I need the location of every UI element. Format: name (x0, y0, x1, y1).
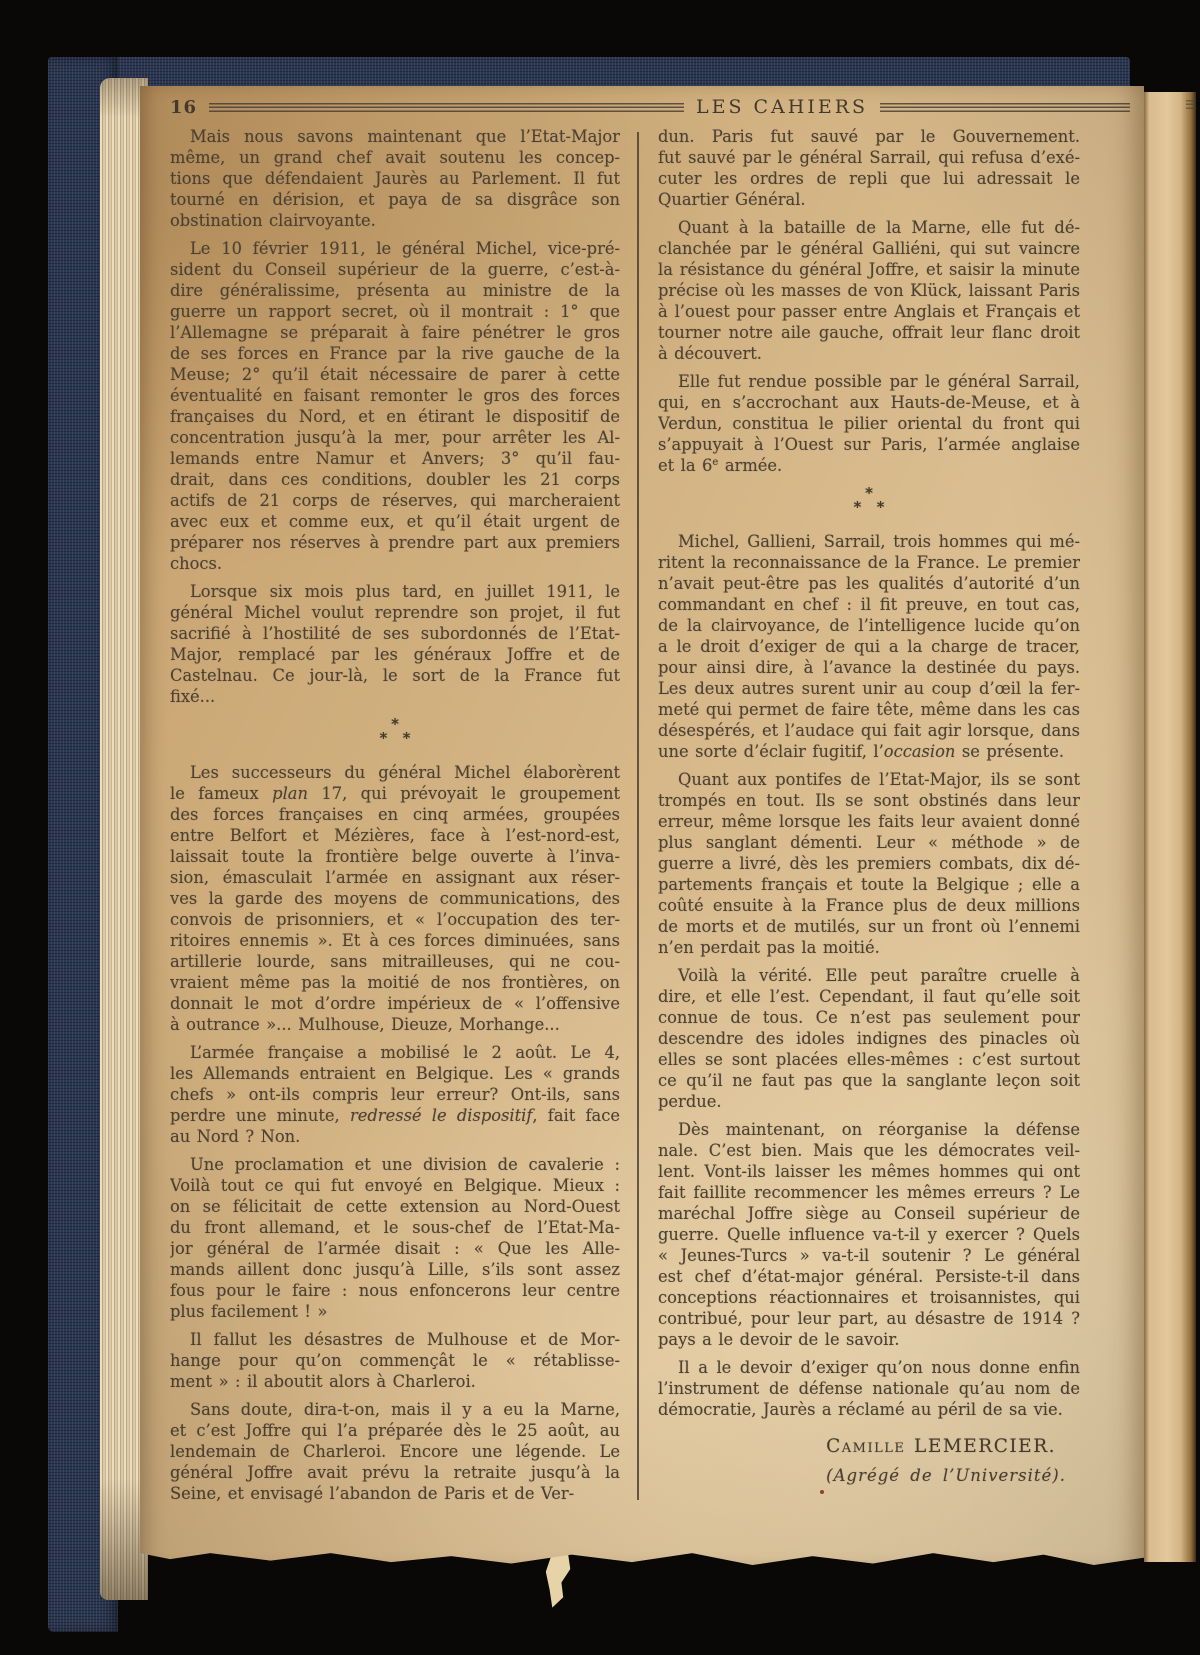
text-line: n’en perdait pas la moitié. (658, 937, 1080, 958)
text-line: la résistance du général Joffre, et sais… (658, 259, 1080, 280)
column-divider (637, 132, 639, 1500)
text-line: dun. Paris fut sauvé par le Gouvernement… (658, 126, 1080, 147)
text-line: une sorte d’éclair fugitif, l’occasion s… (658, 741, 1080, 762)
paragraph: Sans doute, dira-t-on, mais il y a eu la… (170, 1399, 620, 1504)
header-rule-left (209, 103, 684, 112)
paragraph: Les successeurs du général Michel élabor… (170, 762, 620, 1035)
text-line: fixé... (170, 686, 620, 707)
text-line: Lorsque six mois plus tard, en juillet 1… (170, 581, 620, 602)
text-line: du front allemand, et le sous-chef de l’… (170, 1217, 620, 1238)
page-number: 16 (170, 97, 197, 118)
text-line: l’instrument de défense nationale qu’au … (658, 1378, 1080, 1399)
text-line: dire, et elle l’est. Cependant, il faut … (658, 986, 1080, 1007)
paragraph: dun. Paris fut sauvé par le Gouvernement… (658, 126, 1080, 210)
text-line: Quartier Général. (658, 189, 1080, 210)
text-line: sacrifié à l’hostilité de ses subordonné… (170, 623, 620, 644)
paragraph: Elle fut rendue possible par le général … (658, 371, 1080, 476)
text-line: laissait toute la frontière belge ouvert… (170, 846, 620, 867)
text-line: contribué, pour leur part, au désastre d… (658, 1308, 1080, 1329)
text-line: sident du Conseil supérieur de la guerre… (170, 259, 620, 280)
text-line: et c’est Joffre qui l’a préparée dès le … (170, 1420, 620, 1441)
text-line: est chef d’état-major général. Persiste-… (658, 1266, 1080, 1287)
text-line: tourné en dérision, et paya de sa disgrâ… (170, 189, 620, 210)
text-line: Sans doute, dira-t-on, mais il y a eu la… (170, 1399, 620, 1420)
book-page: 16 LES CAHIERS Mais nous savons maintena… (140, 86, 1144, 1568)
text-line: nale. C’est bien. Mais que les démocrate… (658, 1140, 1080, 1161)
text-line: on se félicitait de cette extension au N… (170, 1196, 620, 1217)
text-line: obstination clairvoyante. (170, 210, 620, 231)
left-column: Mais nous savons maintenant que l’Etat-M… (170, 126, 620, 1511)
text-line: Quant aux pontifes de l’Etat-Major, ils … (658, 769, 1080, 790)
text-line: des forces françaises en cinq armées, gr… (170, 804, 620, 825)
text-line: Les deux autres surent unir au coup d’œi… (658, 678, 1080, 699)
text-line: lemands entre Namur et Anvers; 3° qu’il … (170, 448, 620, 469)
text-line: ves la garde des moyens de communication… (170, 888, 620, 909)
text-line: françaises du Nord, et en étirant le dis… (170, 406, 620, 427)
asterism-separator: ** * (658, 483, 1080, 527)
text-line: le fameux plan 17, qui prévoyait le grou… (170, 783, 620, 804)
text-line: de morts et de mutilés, sur un front où … (658, 916, 1080, 937)
text-line: guerre. Quelle influence va-t-il y exerc… (658, 1224, 1080, 1245)
text-line: guerre un rapport secret, où il montrait… (170, 301, 620, 322)
text-line: lent. Vont-ils laisser les mêmes hommes … (658, 1161, 1080, 1182)
text-line: même, un grand chef avait soutenu les co… (170, 147, 620, 168)
text-line: Michel, Gallieni, Sarrail, trois hommes … (658, 531, 1080, 552)
paragraph: Michel, Gallieni, Sarrail, trois hommes … (658, 531, 1080, 762)
text-line: donnait le mot d’ordre impérieux de « l’… (170, 993, 620, 1014)
text-line: Il fallut les désastres de Mulhouse et d… (170, 1329, 620, 1350)
paragraph: Quant à la bataille de la Marne, elle fu… (658, 217, 1080, 364)
text-line: ce qu’il ne faut pas que la sanglante le… (658, 1070, 1080, 1091)
right-column: dun. Paris fut sauvé par le Gouvernement… (658, 126, 1080, 1485)
text-line: Dès maintenant, on réorganise la défense… (658, 1119, 1080, 1140)
header-title: LES CAHIERS (696, 96, 868, 118)
text-line: « Jeunes-Turcs » va-t-il soutenir ? Le g… (658, 1245, 1080, 1266)
text-line: les Allemands entraient en Belgique. Les… (170, 1063, 620, 1084)
text-line: commandant en chef : il fit preuve, en t… (658, 594, 1080, 615)
text-line: fut sauvé par le général Sarrail, qui re… (658, 147, 1080, 168)
text-line: Le 10 février 1911, le général Michel, v… (170, 238, 620, 259)
text-line: Meuse; 2° qu’il était nécessaire de pare… (170, 364, 620, 385)
text-line: mands aillent donc jusqu’à Lille, s’ils … (170, 1259, 620, 1280)
text-line: tourner notre aile gauche, offrait leur … (658, 322, 1080, 343)
text-line: guerre a livré, dès les premiers combats… (658, 853, 1080, 874)
text-line: général Michel voulut reprendre son proj… (170, 602, 620, 623)
text-line: Seine, et envisagé l’abandon de Paris et… (170, 1483, 620, 1504)
text-line: conceptions réactionnaires et troisannis… (658, 1287, 1080, 1308)
text-line: connue de tous. Ce n’est pas seulement p… (658, 1007, 1080, 1028)
text-line: drait, dans ces conditions, doubler les … (170, 469, 620, 490)
text-line: erreur, même lorsque les faits leur avai… (658, 811, 1080, 832)
text-line: clanchée par le général Galliéni, qui su… (658, 238, 1080, 259)
text-line: chocs. (170, 553, 620, 574)
text-line: de la clairvoyance, de l’intelligence lu… (658, 615, 1080, 636)
asterism-separator: ** * (170, 714, 620, 758)
text-line: actifs de 21 corps de réserves, qui marc… (170, 490, 620, 511)
book-photo: { "page_header": { "number": "16", "titl… (0, 0, 1200, 1655)
text-line: jor général de l’armée disait : « Que le… (170, 1238, 620, 1259)
text-line: partements français et toute la Belgique… (658, 874, 1080, 895)
text-line: pour ainsi dire, à l’avance la destinée … (658, 657, 1080, 678)
text-line: Les successeurs du général Michel élabor… (170, 762, 620, 783)
text-line: Une proclamation et une division de cava… (170, 1154, 620, 1175)
text-line: Voilà tout ce qui fut envoyé en Belgique… (170, 1175, 620, 1196)
paragraph: Voilà la vérité. Elle peut paraître crue… (658, 965, 1080, 1112)
text-line: Voilà la vérité. Elle peut paraître crue… (658, 965, 1080, 986)
facing-page-header-rule (1186, 100, 1196, 109)
paragraph: Mais nous savons maintenant que l’Etat-M… (170, 126, 620, 231)
text-line: désespérés, et l’audace qui fait agir lo… (658, 720, 1080, 741)
text-line: à l’ouest pour passer entre Anglais et F… (658, 301, 1080, 322)
text-line: fous pour le faire : nous enfoncerons le… (170, 1280, 620, 1301)
text-line: L’armée française a mobilisé le 2 août. … (170, 1042, 620, 1063)
text-line: de ses forces en France par la rive gauc… (170, 343, 620, 364)
text-line: convois de prisonniers, et « l’occupatio… (170, 909, 620, 930)
text-line: maréchal Joffre siège au Conseil supérie… (658, 1203, 1080, 1224)
text-line: tions que défendaient Jaurès au Parlemen… (170, 168, 620, 189)
page-header: 16 LES CAHIERS (170, 96, 1130, 118)
right-column-blocks: dun. Paris fut sauvé par le Gouvernement… (658, 126, 1080, 1420)
paragraph: Il fallut les désastres de Mulhouse et d… (170, 1329, 620, 1392)
text-line: lendemain de Charleroi. Encore une légen… (170, 1441, 620, 1462)
text-line: éventualité en faisant remonter le gros … (170, 385, 620, 406)
text-line: sion, émasculait l’armée en assignant au… (170, 867, 620, 888)
text-line: ritent la reconnaissance de la France. L… (658, 552, 1080, 573)
text-line: a le droit d’exiger de qui a la charge d… (658, 636, 1080, 657)
text-line: Quant à la bataille de la Marne, elle fu… (658, 217, 1080, 238)
text-line: qui, en s’accrochant aux Hauts-de-Meuse,… (658, 392, 1080, 413)
text-line: Major, remplacé par les généraux Joffre … (170, 644, 620, 665)
text-line: pays a le devoir de le savoir. (658, 1329, 1080, 1350)
signature-title: (Agrégé de l’Université). (658, 1466, 1080, 1485)
text-line: chefs » ont-ils compris leur erreur? Ont… (170, 1084, 620, 1105)
text-line: descendre des idoles indignes des pinacl… (658, 1028, 1080, 1049)
text-line: à découvert. (658, 343, 1080, 364)
text-line: précise où les masses de von Klück, lais… (658, 280, 1080, 301)
text-line: entre Belfort et Mézières, face à l’est-… (170, 825, 620, 846)
paragraph: Lorsque six mois plus tard, en juillet 1… (170, 581, 620, 707)
text-line: et la 6e armée. (658, 455, 1080, 476)
paragraph: Une proclamation et une division de cava… (170, 1154, 620, 1322)
text-line: vraient même pas la moitié de nos fronti… (170, 972, 620, 993)
text-line: artillerie lourde, sans mitrailleuses, q… (170, 951, 620, 972)
text-line: préparer nos réserves à prendre part aux… (170, 532, 620, 553)
text-line: plus facilement ! » (170, 1301, 620, 1322)
facing-page-edge (1144, 92, 1196, 1562)
text-line: l’Allemagne se préparait à faire pénétre… (170, 322, 620, 343)
header-rule-right (880, 103, 1130, 112)
text-line: Il a le devoir d’exiger qu’on nous donne… (658, 1357, 1080, 1378)
text-line: s’appuyait à l’Ouest sur Paris, l’armée … (658, 434, 1080, 455)
text-line: à outrance »... Mulhouse, Dieuze, Morhan… (170, 1014, 620, 1035)
text-line: avec eux et comme eux, et qu’il était ur… (170, 511, 620, 532)
text-line: Castelnau. Ce jour-là, le sort de la Fra… (170, 665, 620, 686)
ink-speck (820, 1490, 824, 1494)
text-line: coûté ensuite à la France plus de deux m… (658, 895, 1080, 916)
paragraph: Il a le devoir d’exiger qu’on nous donne… (658, 1357, 1080, 1420)
text-line: perdue. (658, 1091, 1080, 1112)
signature-name: Camille LEMERCIER. (658, 1436, 1080, 1457)
paragraph: Le 10 février 1911, le général Michel, v… (170, 238, 620, 574)
text-line: Mais nous savons maintenant que l’Etat-M… (170, 126, 620, 147)
text-line: elles se sont placées elles-mêmes : c’es… (658, 1049, 1080, 1070)
text-line: dire généralissime, présenta au ministre… (170, 280, 620, 301)
paragraph: Quant aux pontifes de l’Etat-Major, ils … (658, 769, 1080, 958)
text-line: général Joffre avait prévu la retraite j… (170, 1462, 620, 1483)
text-line: ment » : il aboutit alors à Charleroi. (170, 1371, 620, 1392)
text-line: fait faillite recommencer les mêmes erre… (658, 1182, 1080, 1203)
text-line: trompés en tout. Ils se sont obstinés da… (658, 790, 1080, 811)
text-line: hange pour qu’on commençât le « rétablis… (170, 1350, 620, 1371)
paragraph: Dès maintenant, on réorganise la défense… (658, 1119, 1080, 1350)
text-line: meté qui permet de faire tête, même dans… (658, 699, 1080, 720)
left-column-blocks: Mais nous savons maintenant que l’Etat-M… (170, 126, 620, 1504)
text-line: démocratie, Jaurès a réclamé au péril de… (658, 1399, 1080, 1420)
text-line: concentration jusqu’à la mer, pour arrêt… (170, 427, 620, 448)
signature: Camille LEMERCIER. (Agrégé de l’Universi… (658, 1436, 1080, 1485)
text-line: perdre une minute, redressé le dispositi… (170, 1105, 620, 1126)
text-line: n’avait peut-être pas les qualités d’aut… (658, 573, 1080, 594)
text-line: au Nord ? Non. (170, 1126, 620, 1147)
text-line: ritoires ennemis ». Et à ces forces dimi… (170, 930, 620, 951)
paragraph: L’armée française a mobilisé le 2 août. … (170, 1042, 620, 1147)
text-line: Verdun, constitua le pilier oriental du … (658, 413, 1080, 434)
text-line: cuter les ordres de repli que lui adress… (658, 168, 1080, 189)
text-line: Elle fut rendue possible par le général … (658, 371, 1080, 392)
text-line: plus sanglant démenti. Leur « méthode » … (658, 832, 1080, 853)
